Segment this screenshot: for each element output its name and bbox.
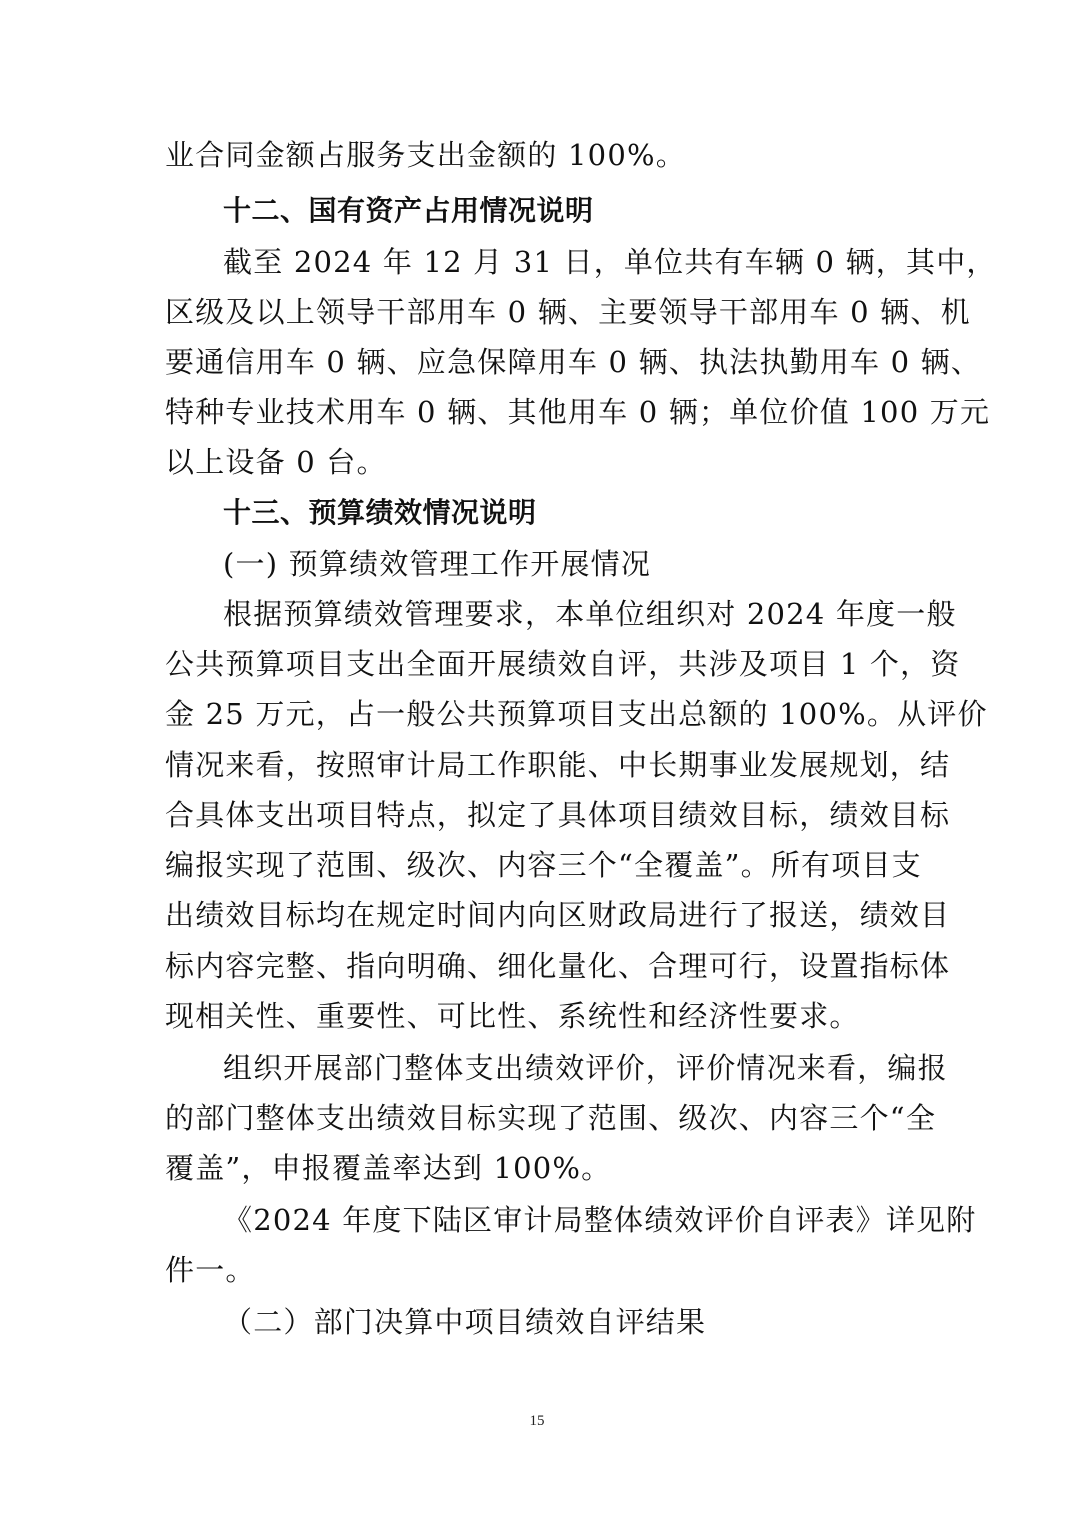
paragraph-line: 合具体支出项目特点，拟定了具体项目绩效目标，绩效目标	[165, 797, 913, 833]
paragraph-line: 《2024 年度下陆区审计局整体绩效评价自评表》详见附	[223, 1202, 913, 1238]
section-heading-13: 十三、预算绩效情况说明	[223, 495, 537, 531]
paragraph-line: 金 25 万元，占一般公共预算项目支出总额的 100%。从评价	[165, 696, 913, 732]
paragraph-line: 以上设备 0 台。	[165, 444, 913, 480]
paragraph-line: 现相关性、重要性、可比性、系统性和经济性要求。	[165, 998, 913, 1034]
paragraph-line: 件一。	[165, 1252, 913, 1288]
paragraph-line: 出绩效目标均在规定时间内向区财政局进行了报送，绩效目	[165, 897, 913, 933]
page-number: 15	[0, 1412, 1074, 1430]
paragraph-line: 要通信用车 0 辆、应急保障用车 0 辆、执法执勤用车 0 辆、	[165, 344, 913, 380]
subsection-heading-2: （二）部门决算中项目绩效自评结果	[223, 1304, 706, 1340]
paragraph-line: 情况来看，按照审计局工作职能、中长期事业发展规划，结	[165, 747, 913, 783]
paragraph-line: 截至 2024 年 12 月 31 日，单位共有车辆 0 辆，其中，	[223, 244, 913, 280]
paragraph-line: 覆盖”，申报覆盖率达到 100%。	[165, 1150, 913, 1186]
paragraph-line: 组织开展部门整体支出绩效评价，评价情况来看，编报	[223, 1050, 913, 1086]
paragraph-line: 公共预算项目支出全面开展绩效自评，共涉及项目 1 个，资	[165, 646, 913, 682]
paragraph-line: 编报实现了范围、级次、内容三个“全覆盖”。所有项目支	[165, 847, 913, 883]
paragraph-line: 业合同金额占服务支出金额的 100%。	[165, 137, 913, 173]
paragraph-line: 区级及以上领导干部用车 0 辆、主要领导干部用车 0 辆、机	[165, 294, 913, 330]
section-heading-12: 十二、国有资产占用情况说明	[223, 193, 594, 229]
paragraph-line: 标内容完整、指向明确、细化量化、合理可行，设置指标体	[165, 948, 913, 984]
subsection-heading-1: (一) 预算绩效管理工作开展情况	[223, 546, 651, 582]
document-page: 业合同金额占服务支出金额的 100%。 十二、国有资产占用情况说明 截至 202…	[0, 0, 1074, 1520]
paragraph-line: 根据预算绩效管理要求，本单位组织对 2024 年度一般	[223, 596, 913, 632]
paragraph-line: 特种专业技术用车 0 辆、其他用车 0 辆；单位价值 100 万元	[165, 394, 913, 430]
paragraph-line: 的部门整体支出绩效目标实现了范围、级次、内容三个“全	[165, 1100, 913, 1136]
